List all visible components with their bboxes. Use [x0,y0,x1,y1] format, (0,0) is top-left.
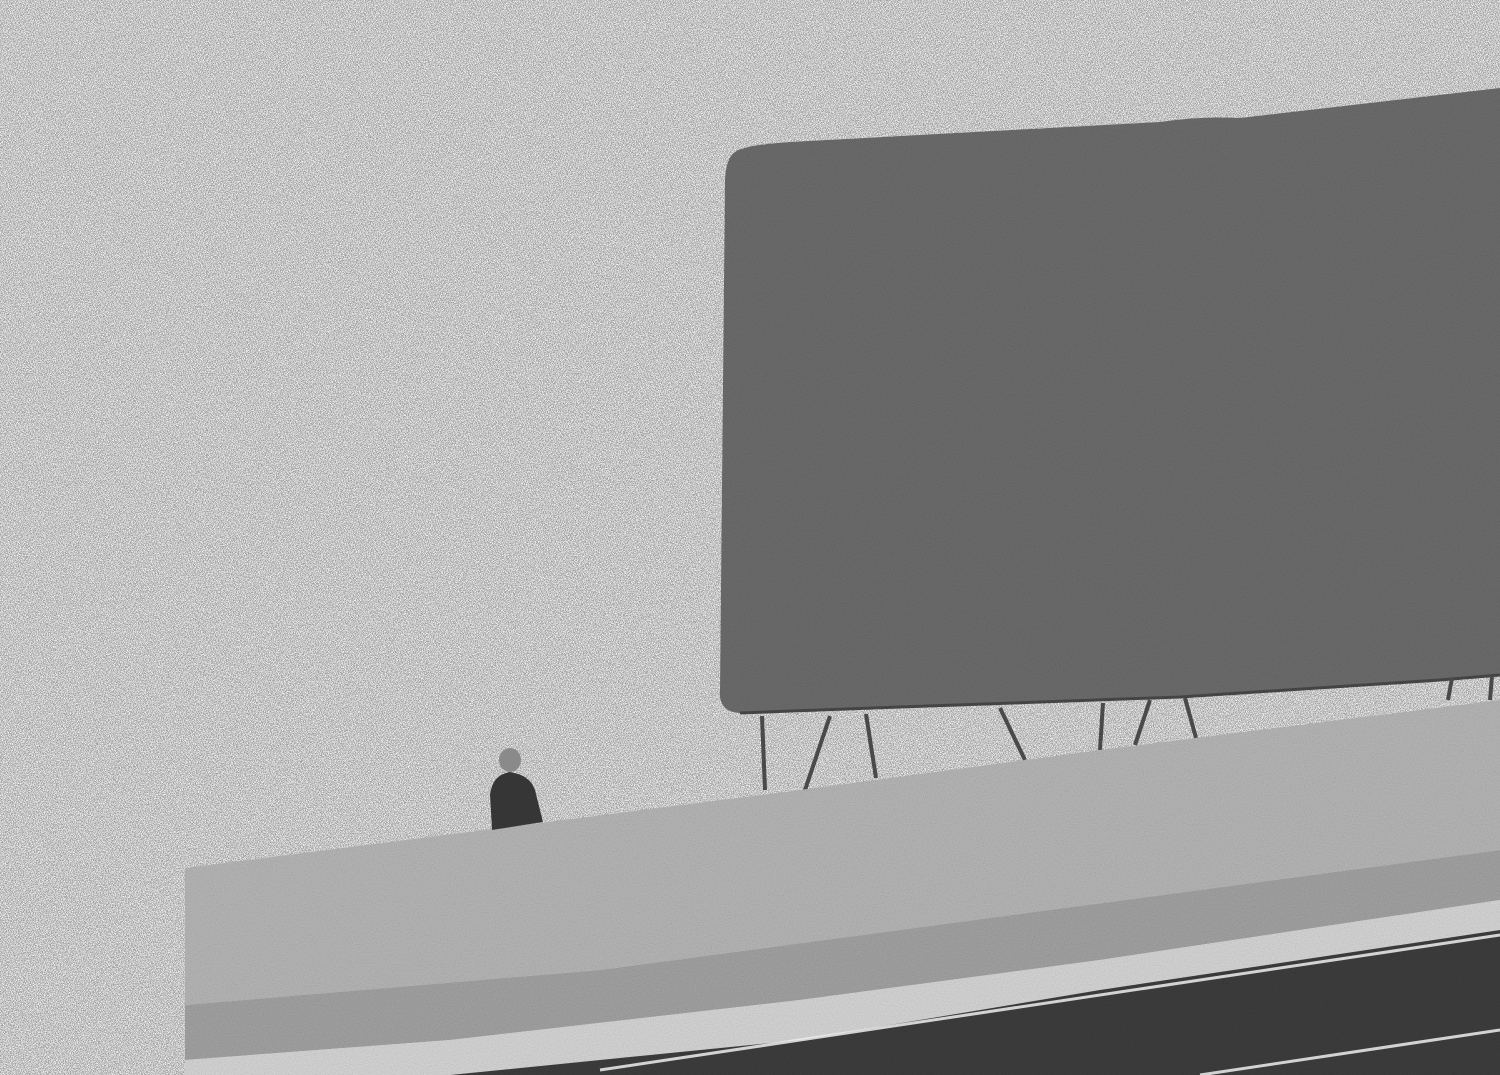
billboard [720,88,1500,713]
figure-head [499,748,521,772]
stipple-scene [0,0,1500,1075]
billboard-face [720,88,1500,713]
